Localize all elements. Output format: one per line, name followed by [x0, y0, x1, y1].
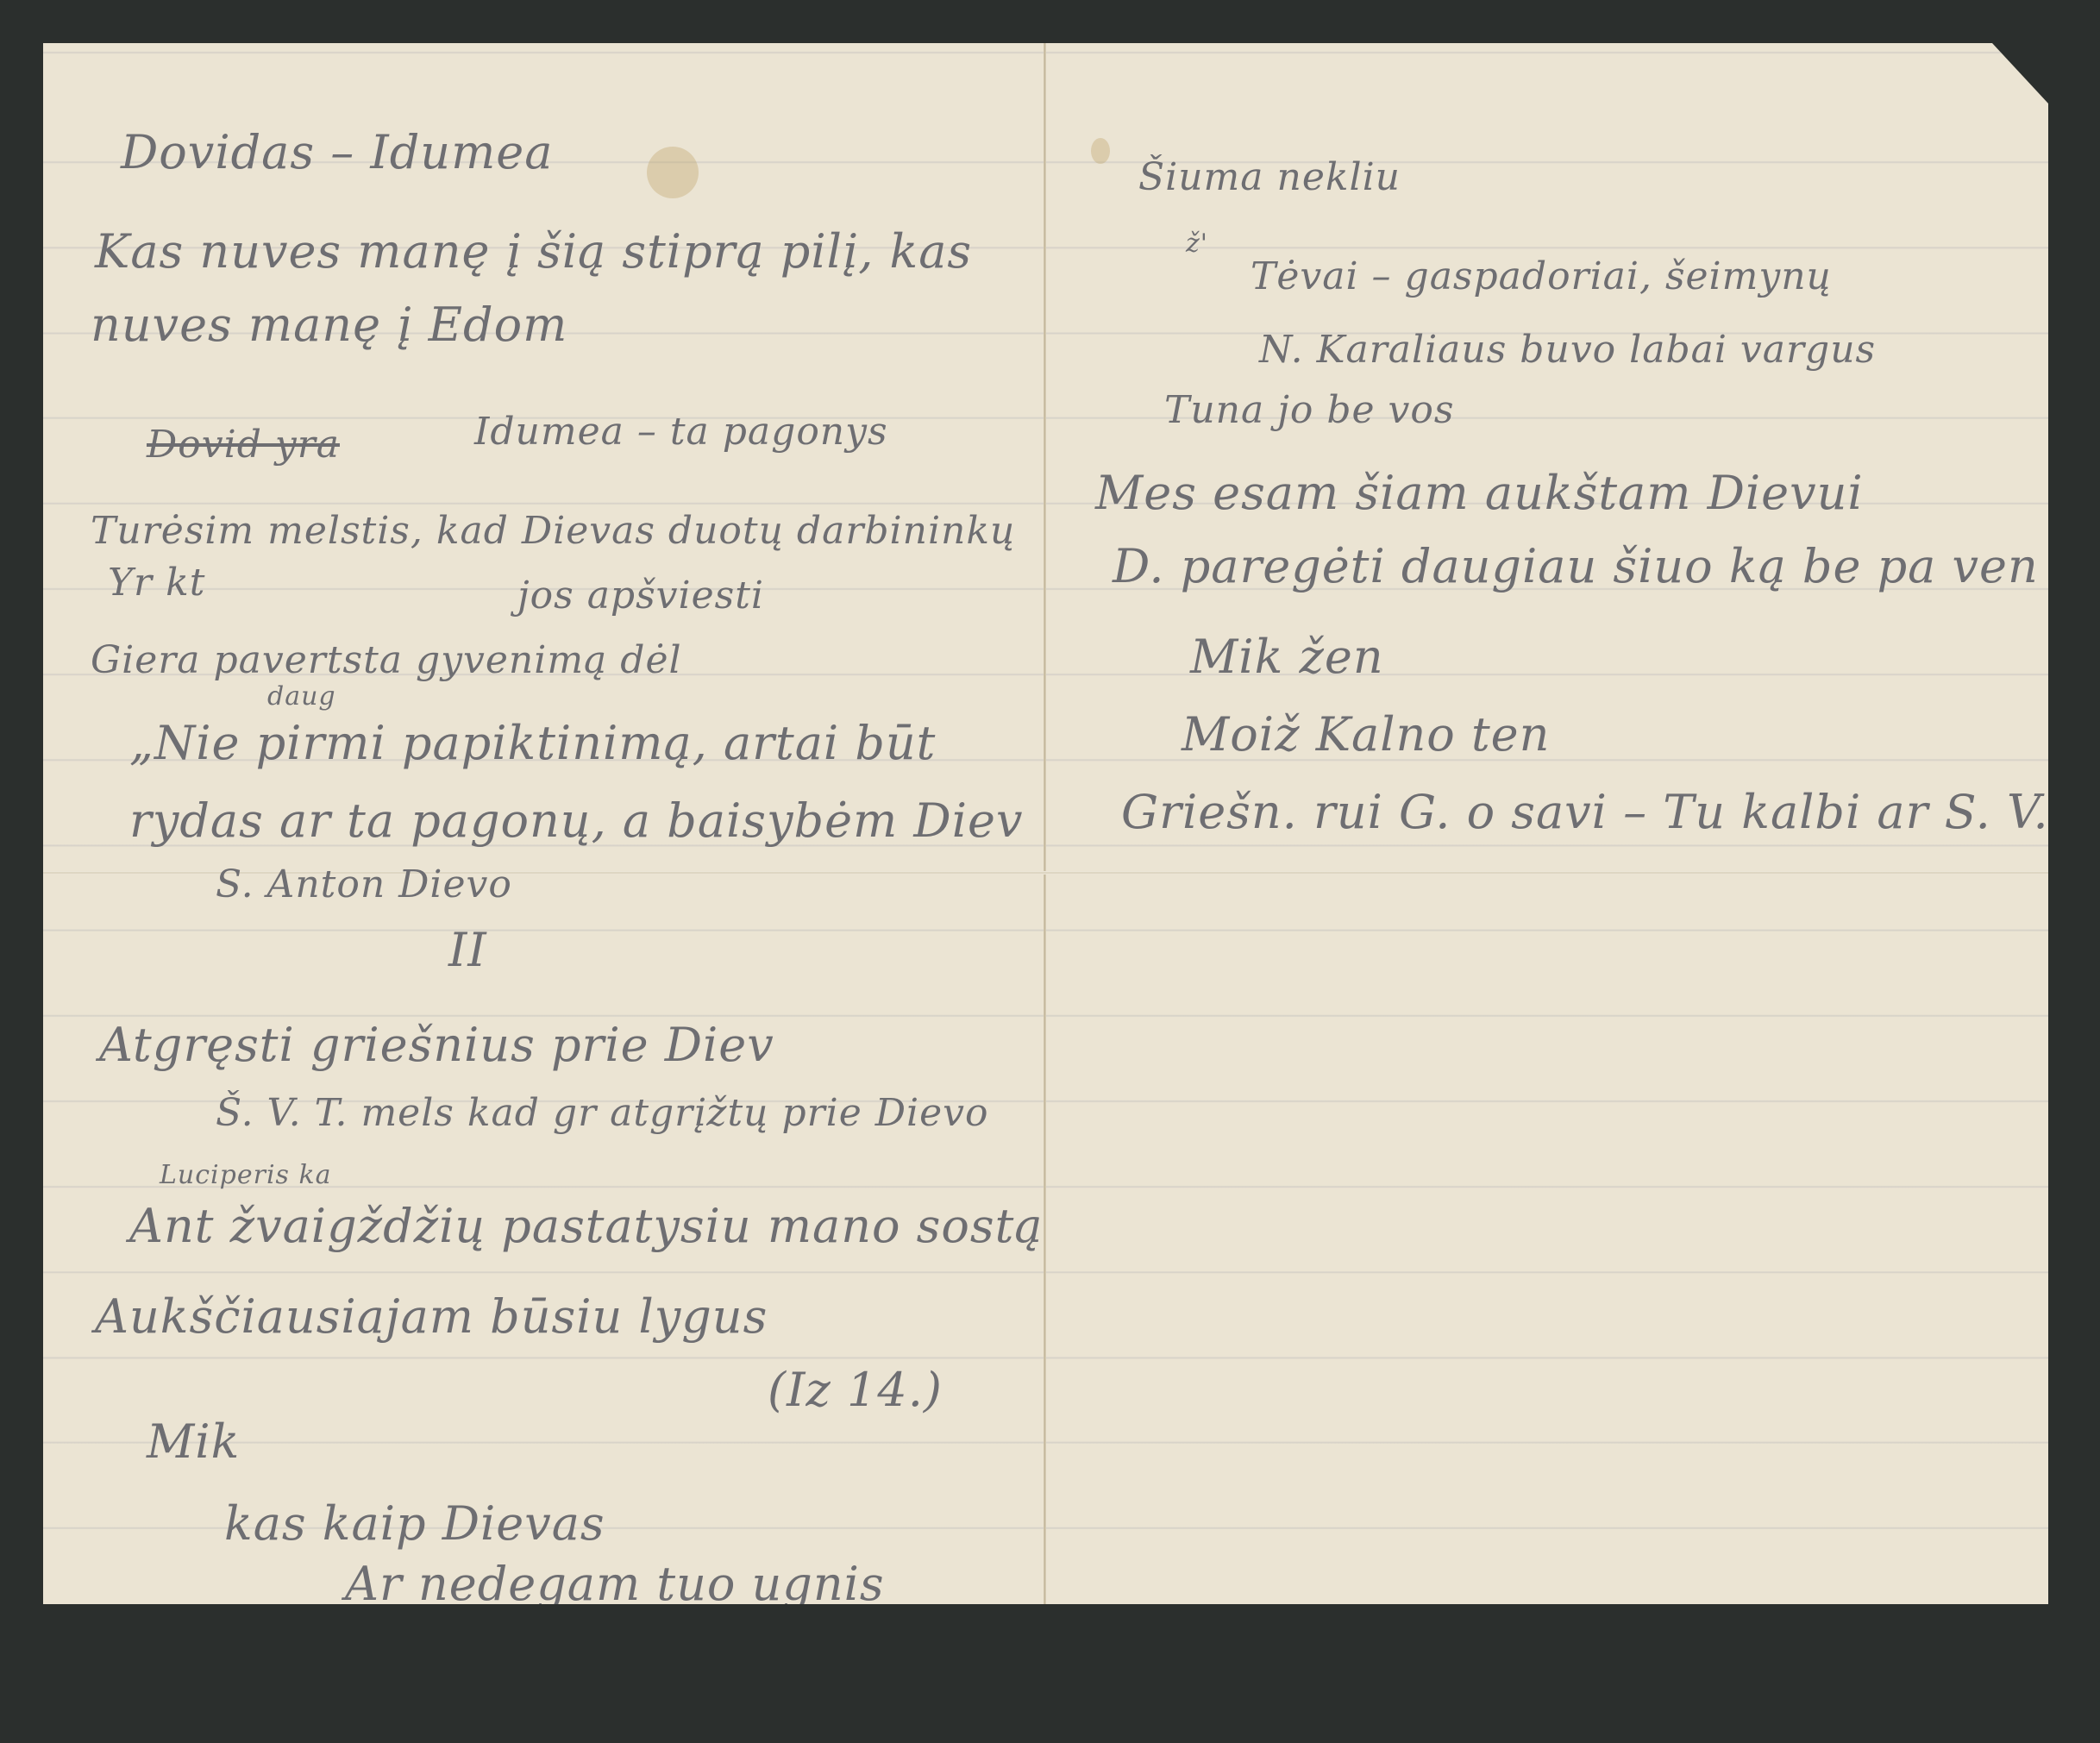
note-line: Š. V. T. mels kad gr atgrįžtų prie Dievo [216, 1091, 989, 1135]
note-line: Ant žvaigždžių pastatysiu mano sostą [129, 1199, 1044, 1253]
note-line: Turėsim melstis, kad Dievas duotų darbin… [91, 509, 1015, 553]
note-line: rydas ar ta pagonų, a baisybėm Diev [129, 793, 1023, 848]
note-line: Giera pavertsta gyvenimą dėl [91, 638, 682, 682]
note-line: jos apšviesti [517, 574, 764, 618]
note-line: D. paregėti daugiau šiuo ką be pa ven [1113, 539, 2039, 593]
paper-stain [1091, 138, 1110, 164]
interlinear-insert: ž' [1186, 229, 1208, 259]
note-line: Tuna jo be vos [1164, 388, 1454, 432]
note-line: Mes esam šiam aukštam Dievui [1095, 466, 1864, 520]
interlinear-insert: daug [267, 681, 336, 712]
note-line: Moiž Kalno ten [1182, 707, 1550, 762]
heading-dovidas: Dovidas – Idumea [121, 125, 553, 179]
note-line: kas kaip Dievas [224, 1496, 605, 1551]
vertical-fold-crease [1044, 43, 1046, 1604]
heading-text: Dovidas – Idumea [121, 125, 553, 179]
note-line: Šiuma nekliu [1138, 155, 1401, 199]
note-line: Atgręsti griešnius prie Diev [99, 1018, 774, 1072]
note-line: Mik žen [1190, 630, 1384, 684]
note-line: Mik [147, 1414, 240, 1469]
note-line: Yr kt [108, 561, 205, 605]
note-line: „Nie pirmi papiktinimą, artai būt [129, 716, 936, 770]
note-line: Aukščiausiajam būsiu lygus [95, 1289, 768, 1344]
note-line: Idumea – ta pagonys [474, 410, 888, 454]
paper-stain [647, 147, 699, 198]
note-line: S. Anton Dievo [216, 862, 512, 906]
note-line: nuves manę į Edom [91, 298, 567, 352]
folded-letter-sheet: Dovidas – Idumea Kas nuves manę į šią st… [43, 43, 2048, 1604]
note-line: Kas nuves manę į šią stiprą pilį, kas [95, 224, 972, 279]
struck-note: Dovid yra [147, 423, 340, 467]
note-line: Tėvai – gaspadoriai, šeimynų [1251, 254, 1832, 298]
note-line: Griešn. rui G. o savi – Tu kalbi ar S. V… [1121, 785, 2049, 839]
section-numeral: II [448, 923, 487, 977]
note-line: N. Karaliaus buvo labai vargus [1259, 328, 1876, 372]
note-line: Ar nedegam tuo ugnis [345, 1557, 885, 1611]
citation: (Iz 14.) [768, 1363, 943, 1417]
interlinear-insert: Luciperis ka [160, 1160, 332, 1190]
